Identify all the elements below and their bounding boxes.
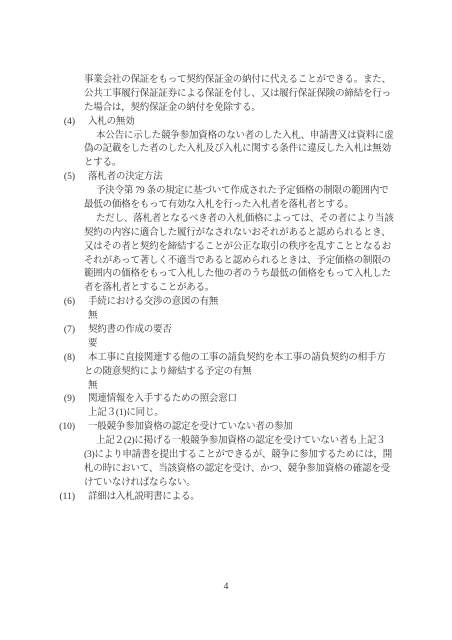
document-line: 予決令第 79 条の規定に基づいて作成された予定価格の制限の範囲内で — [0, 185, 452, 199]
item-title: 本工事に直接関連する他の工事の請負契約を本工事の請負契約の相手方 — [88, 353, 386, 363]
document-line: (4)入札の無効 — [0, 116, 452, 130]
document-line: (7)契約書の作成の要否 — [0, 324, 452, 338]
item-marker: (7) — [59, 324, 75, 338]
item-marker: (10) — [59, 421, 75, 435]
document-line: けていなければならない。 — [0, 477, 452, 491]
item-marker: (6) — [59, 296, 75, 310]
item-marker: (9) — [59, 393, 75, 407]
document-line: (5)落札者の決定方法 — [0, 171, 452, 185]
document-line: 又はその者と契約を締結することが公正な取引の秩序を乱すこととなるお — [0, 241, 452, 255]
item-marker: (11) — [59, 491, 75, 505]
document-line: (10)一般競争参加資格の認定を受けていない者の参加 — [0, 421, 452, 435]
document-line: (6)手続における交渉の意図の有無 — [0, 296, 452, 310]
document-line: 無 — [0, 380, 452, 394]
document-line: との随意契約により締結する予定の有無 — [0, 366, 452, 380]
document-line: 偽の記載をした者のした入札及び入札に関する条件に違反した入札は無効 — [0, 143, 452, 157]
document-line: (9)関連情報を入手するための照会窓口 — [0, 393, 452, 407]
item-title: 一般競争参加資格の認定を受けていない者の参加 — [88, 422, 293, 432]
page-number: 4 — [0, 582, 452, 593]
document-line: それがあって著しく不適当であると認められるときは、予定価格の制限の — [0, 255, 452, 269]
document-line: 者を落札者とすることがある。 — [0, 282, 452, 296]
item-marker: (8) — [59, 352, 75, 366]
item-title: 手続における交渉の意図の有無 — [88, 297, 218, 307]
document-body: 事業会社の保証をもって契約保証金の納付に代えることができる。また、公共工事履行保… — [0, 74, 452, 505]
item-title: 落札者の決定方法 — [88, 172, 162, 182]
item-title: 関連情報を入手するための照会窓口 — [88, 394, 237, 404]
item-marker: (4) — [59, 116, 75, 130]
document-line: 契約の内容に適合した履行がなされないおそれがあると認められるとき、 — [0, 227, 452, 241]
item-title: 入札の無効 — [88, 117, 135, 127]
document-line: (3)により申請書を提出することができるが、競争に参加するためには，開 — [0, 449, 452, 463]
document-line: ただし、落札者となるべき者の入札価格によっては、その者により当該 — [0, 213, 452, 227]
document-page: 事業会社の保証をもって契約保証金の納付に代えることができる。また、公共工事履行保… — [0, 0, 452, 640]
item-marker: (5) — [59, 171, 75, 185]
document-line: 範囲内の価格をもって入札した他の者のうち最低の価格をもって入札した — [0, 268, 452, 282]
document-line: 本公告に示した競争参加資格のない者のした入札、申請書又は資料に虚 — [0, 130, 452, 144]
document-line: (11)詳細は入札説明書による。 — [0, 491, 452, 505]
document-line: 事業会社の保証をもって契約保証金の納付に代えることができる。また、 — [0, 74, 452, 88]
document-line: た場合は，契約保証金の納付を免除する。 — [0, 102, 452, 116]
item-title: 詳細は入札説明書による。 — [88, 492, 200, 502]
document-line: 無 — [0, 310, 452, 324]
item-title: 契約書の作成の要否 — [88, 325, 172, 335]
document-line: 要 — [0, 338, 452, 352]
document-line: とする。 — [0, 157, 452, 171]
document-line: (8)本工事に直接関連する他の工事の請負契約を本工事の請負契約の相手方 — [0, 352, 452, 366]
document-line: 最低の価格をもって有効な入札を行った入札者を落札者とする。 — [0, 199, 452, 213]
document-line: 上記２(2)に掲げる一般競争参加資格の認定を受けていない者も上記３ — [0, 435, 452, 449]
document-line: 上記３(1)に同じ。 — [0, 407, 452, 421]
document-line: 札の時において、当該資格の認定を受け、かつ、競争参加資格の確認を受 — [0, 463, 452, 477]
document-line: 公共工事履行保証証券による保証を付し、又は履行保証保険の締結を行っ — [0, 88, 452, 102]
